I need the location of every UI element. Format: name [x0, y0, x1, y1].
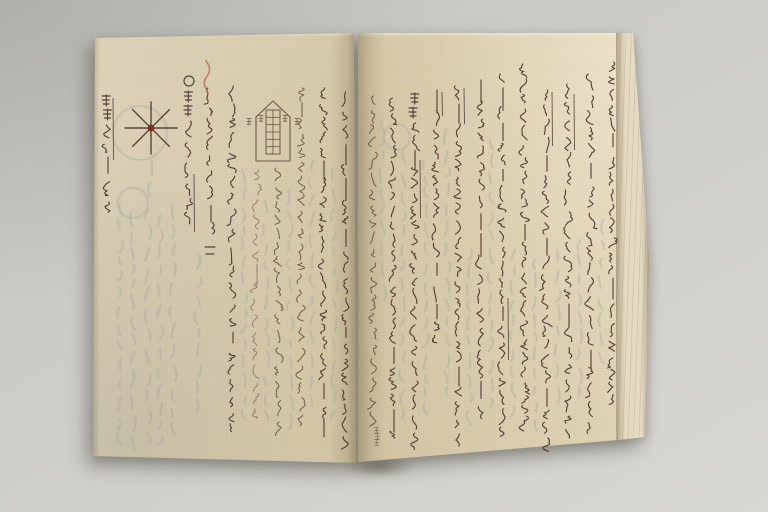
photo-background — [0, 0, 768, 512]
fore-edge-page-stack — [616, 33, 649, 443]
gutter-fold-shading-right — [356, 33, 386, 462]
left-page — [93, 33, 356, 463]
gutter-fold-shading-left — [330, 33, 356, 463]
right-page — [356, 33, 649, 462]
paper-texture — [93, 33, 356, 463]
manuscript-book — [0, 0, 768, 512]
paper-texture — [356, 33, 649, 462]
